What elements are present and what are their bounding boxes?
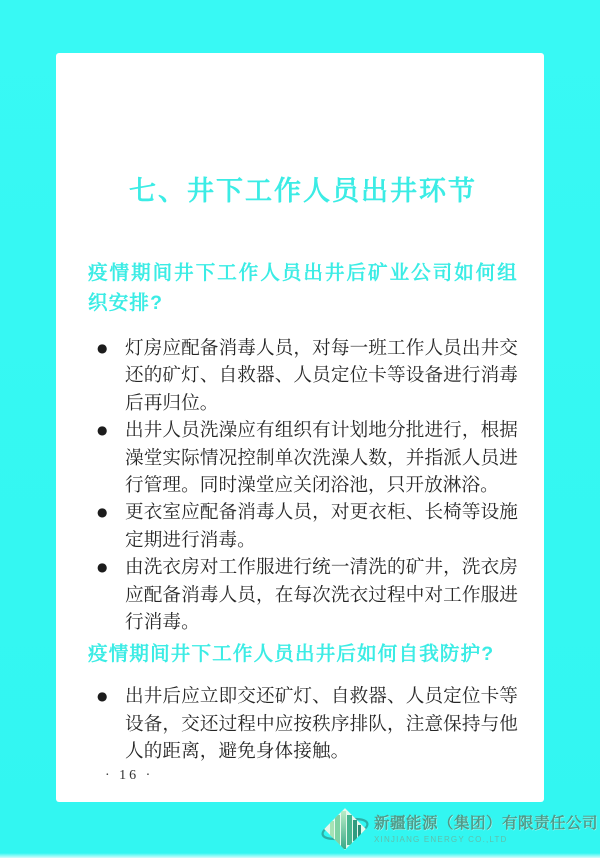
- diamond-buildings-orbit-icon: [321, 805, 369, 853]
- bullet-text: 灯房应配备消毒人员，对每一班工作人员出井交还的矿灯、自救器、人员定位卡等设备进行…: [125, 335, 518, 417]
- bottom-edge-highlight: [0, 853, 600, 858]
- list-item: ● 出井后应立即交还矿灯、自救器、人员定位卡等设备，交还过程中应按秩序排队，注意…: [88, 683, 518, 765]
- page-title: 七、井下工作人员出井环节: [88, 173, 518, 209]
- company-logo-text: 新疆能源（集团）有限责任公司 XINJIANG ENERGY CO.,LTD: [374, 815, 598, 844]
- company-name: 新疆能源（集团）有限责任公司: [374, 815, 598, 833]
- question-heading-company-arrangement: 疫情期间井下工作人员出井后矿业公司如何组织安排?: [88, 258, 518, 318]
- list-item: ● 由洗衣房对工作服进行统一清洗的矿井，洗衣房应配备消毒人员，在每次洗衣过程中对…: [88, 554, 518, 636]
- question-heading-self-protection: 疫情期间井下工作人员出井后如何自我防护?: [88, 639, 518, 669]
- bullet-text: 出井人员洗澡应有组织有计划地分批进行，根据澡堂实际情况控制单次洗澡人数，并指派人…: [125, 417, 518, 499]
- list-item: ● 更衣室应配备消毒人员，对更衣柜、长椅等设施定期进行消毒。: [88, 499, 518, 554]
- company-name-en: XINJIANG ENERGY CO.,LTD: [374, 835, 598, 844]
- page-number: · 16 ·: [105, 768, 518, 784]
- company-logo: 新疆能源（集团）有限责任公司 XINJIANG ENERGY CO.,LTD: [321, 803, 598, 855]
- bullet-dot-icon: ●: [88, 417, 125, 444]
- bullet-list-self-protection: ● 出井后应立即交还矿灯、自救器、人员定位卡等设备，交还过程中应按秩序排队，注意…: [88, 683, 518, 765]
- bullet-list-company-arrangement: ● 灯房应配备消毒人员，对每一班工作人员出井交还的矿灯、自救器、人员定位卡等设备…: [88, 335, 518, 636]
- bullet-text: 更衣室应配备消毒人员，对更衣柜、长椅等设施定期进行消毒。: [125, 499, 518, 554]
- bullet-dot-icon: ●: [88, 335, 125, 362]
- bullet-dot-icon: ●: [88, 499, 125, 526]
- bullet-text: 出井后应立即交还矿灯、自救器、人员定位卡等设备，交还过程中应按秩序排队，注意保持…: [125, 683, 518, 765]
- cyan-border-frame: 七、井下工作人员出井环节 疫情期间井下工作人员出井后矿业公司如何组织安排? ● …: [0, 0, 600, 858]
- list-item: ● 灯房应配备消毒人员，对每一班工作人员出井交还的矿灯、自救器、人员定位卡等设备…: [88, 335, 518, 417]
- bullet-dot-icon: ●: [88, 554, 125, 581]
- booklet-page: 七、井下工作人员出井环节 疫情期间井下工作人员出井后矿业公司如何组织安排? ● …: [56, 53, 544, 802]
- list-item: ● 出井人员洗澡应有组织有计划地分批进行，根据澡堂实际情况控制单次洗澡人数，并指…: [88, 417, 518, 499]
- bullet-text: 由洗衣房对工作服进行统一清洗的矿井，洗衣房应配备消毒人员，在每次洗衣过程中对工作…: [125, 554, 518, 636]
- bullet-dot-icon: ●: [88, 683, 125, 710]
